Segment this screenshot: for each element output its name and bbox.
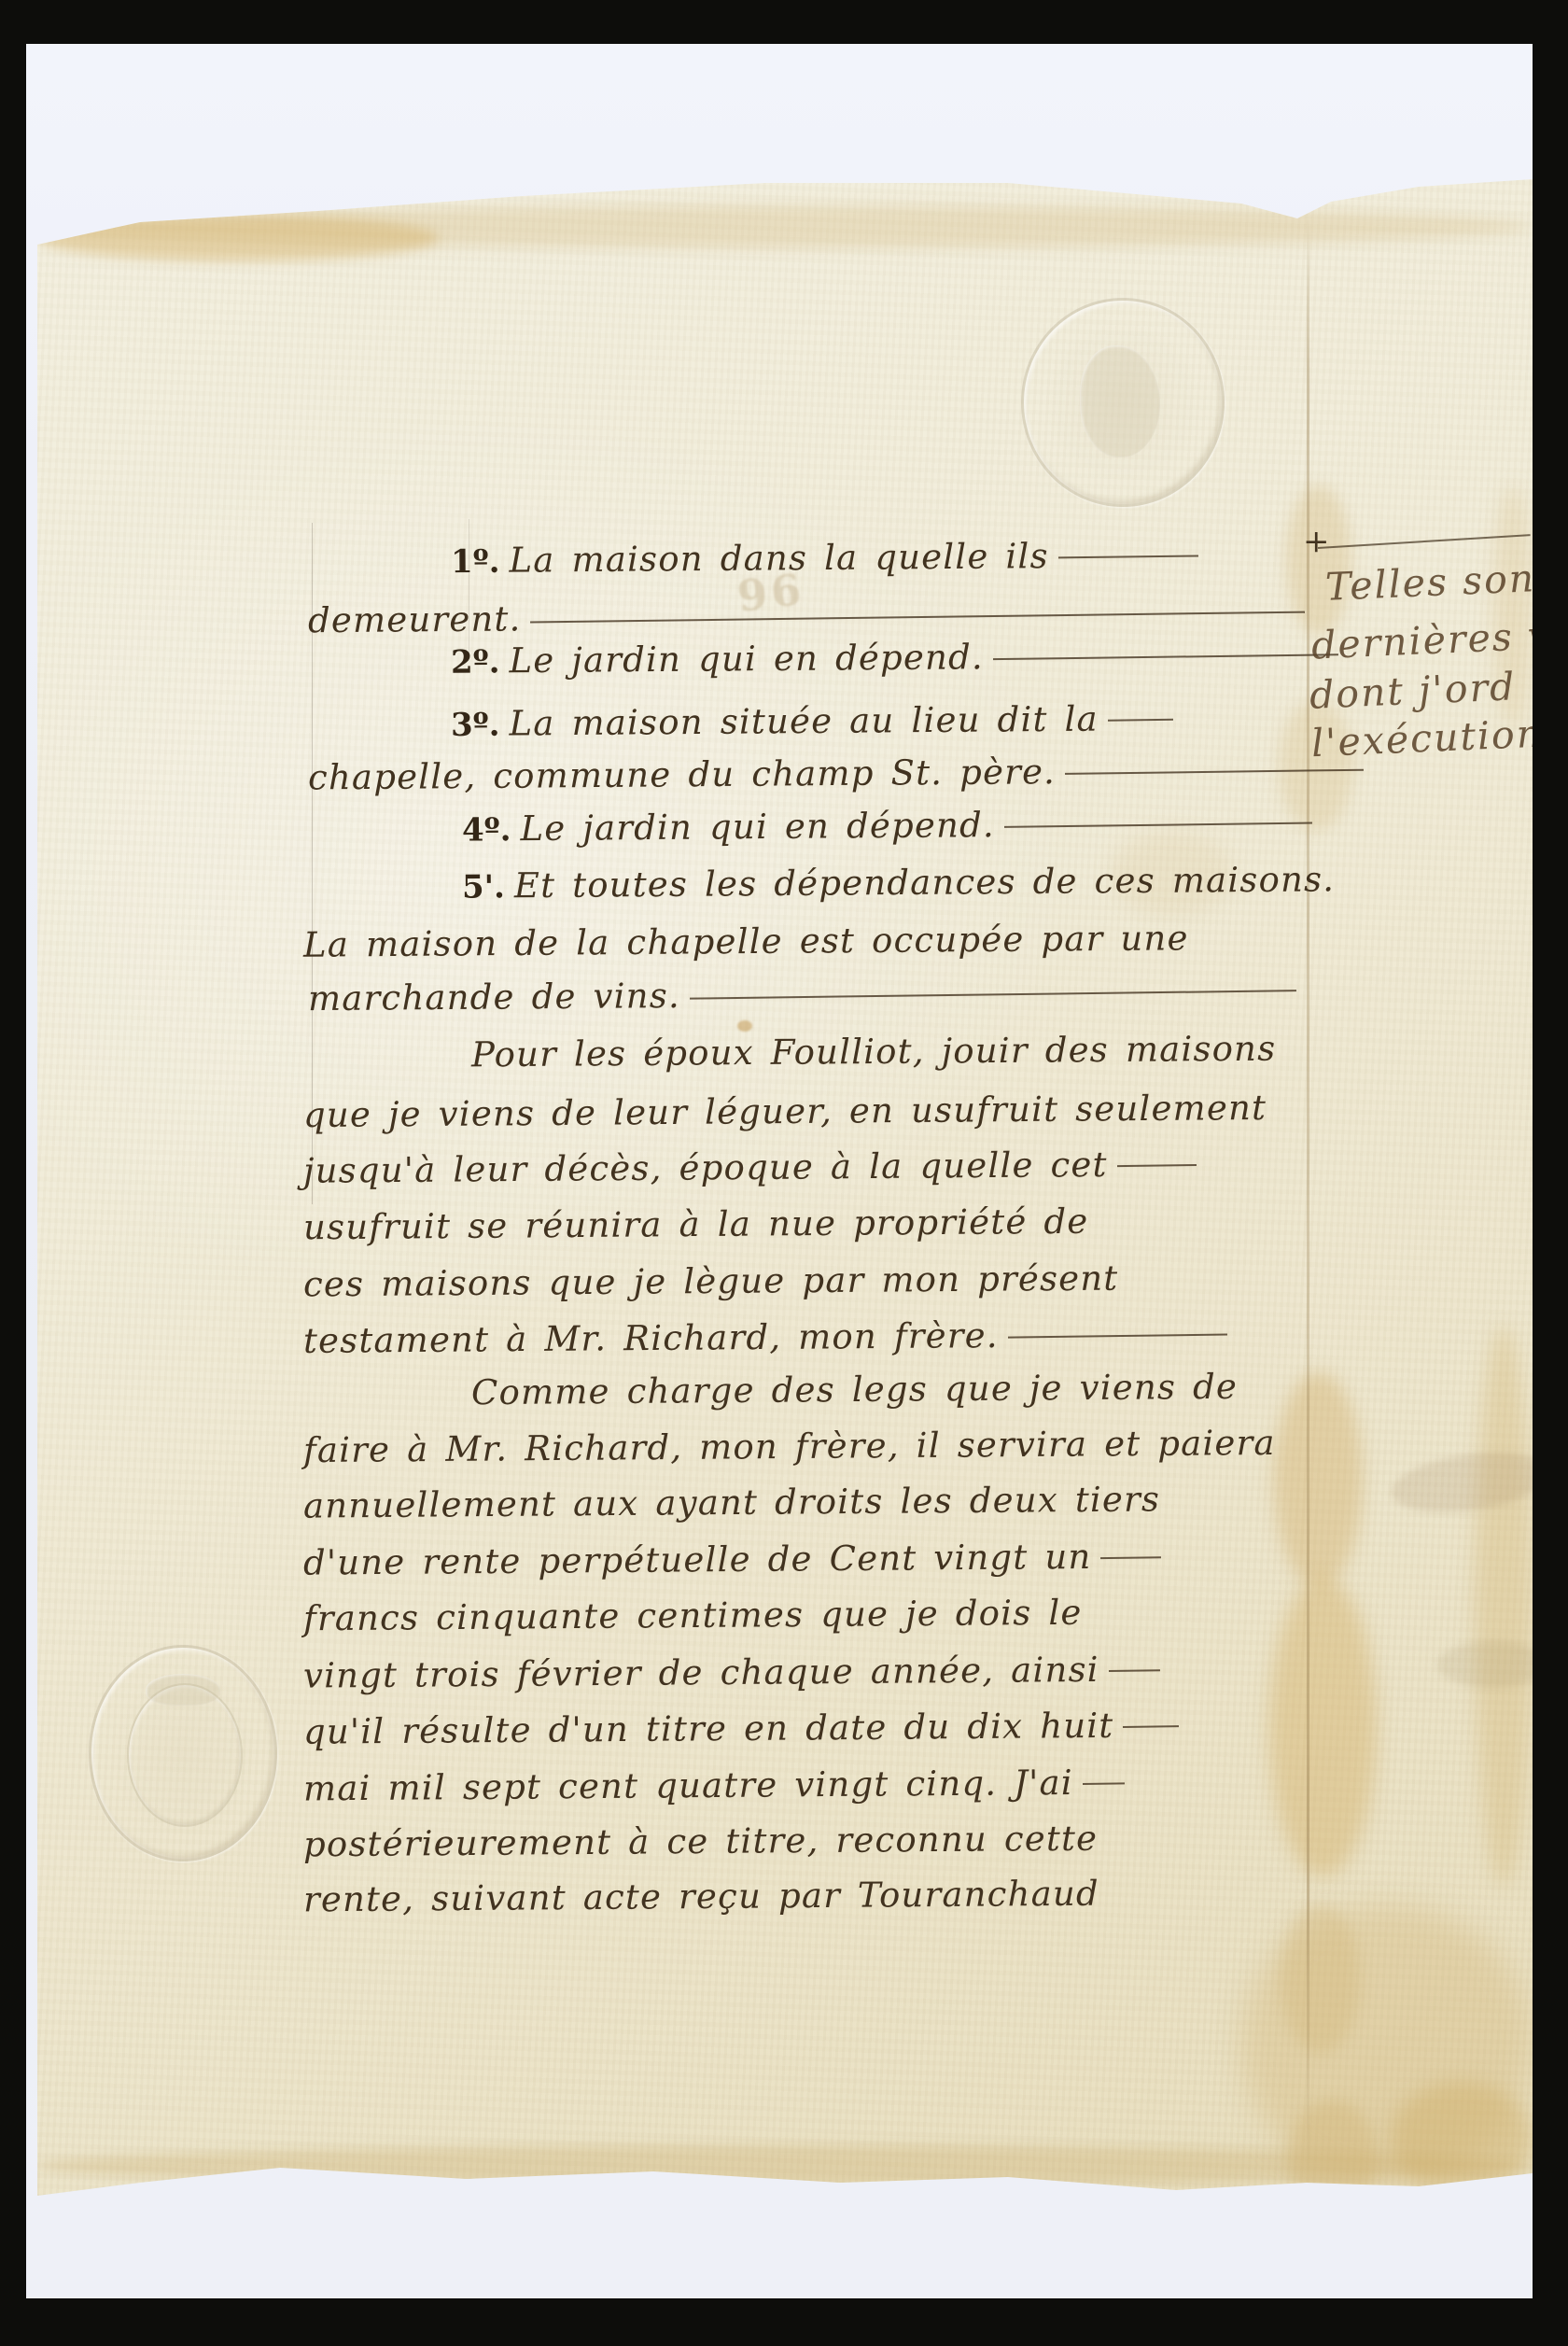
line-text: Le jardin qui en dépend.	[520, 805, 995, 849]
margin-note-line: Telles son	[1324, 555, 1533, 610]
line-text: Le jardin qui en dépend.	[509, 637, 984, 681]
hand-drawn-rule	[1008, 1333, 1227, 1338]
margin-note-line: l'exécution e	[1310, 709, 1533, 766]
manuscript-line: jusqu'à leur décès, époque à la quelle c…	[303, 1143, 1197, 1193]
line-text: que je viens de leur léguer, en usufruit…	[303, 1088, 1267, 1135]
hand-drawn-rule	[690, 990, 1296, 1000]
line-text: mai mil sept cent quatre vingt cinq. J'a…	[303, 1763, 1073, 1808]
hand-drawn-rule	[993, 653, 1338, 660]
manuscript-line: faire à Mr. Richard, mon frère, il servi…	[303, 1422, 1276, 1472]
manuscript-line: que je viens de leur léguer, en usufruit…	[303, 1087, 1267, 1137]
hand-drawn-rule	[1100, 1556, 1161, 1559]
line-text: Comme charge des legs que je viens de	[471, 1367, 1238, 1412]
manuscript-line: d'une rente perpétuelle de Cent vingt un	[303, 1535, 1162, 1584]
line-text: annuellement aux ayant droits les deux t…	[303, 1479, 1160, 1525]
hand-drawn-rule	[1108, 719, 1173, 722]
manuscript-line: rente, suivant acte reçu par Touranchaud	[303, 1873, 1099, 1922]
line-text: La maison de la chapelle est occupée par…	[303, 918, 1189, 964]
manuscript-line: 3º.La maison située au lieu dit la	[451, 697, 1173, 747]
manuscript-line: marchande de vins.	[308, 970, 1296, 1020]
line-text: postérieurement à ce titre, reconnu cett…	[303, 1819, 1098, 1865]
manuscript-line: testament à Mr. Richard, mon frère.	[303, 1313, 1227, 1363]
line-text: qu'il résulte d'un titre en date du dix …	[303, 1706, 1114, 1752]
manuscript-line: annuellement aux ayant droits les deux t…	[303, 1478, 1160, 1527]
hand-drawn-rule	[1083, 1782, 1125, 1785]
hand-drawn-rule	[1004, 822, 1312, 828]
item-ordinal: 5'.	[462, 868, 505, 906]
line-text: marchande de vins.	[308, 976, 680, 1018]
line-text: vingt trois février de chaque année, ain…	[303, 1650, 1099, 1696]
manuscript-line: francs cinquante centimes que je dois le	[303, 1592, 1083, 1641]
manuscript-line: 1º.La maison dans la quelle ils	[451, 534, 1198, 583]
handwriting-layer: 96 1º.La maison dans la quelle ilsdemeur…	[0, 0, 1533, 2346]
manuscript-line: usufruit se réunira à la nue propriété d…	[303, 1201, 1089, 1250]
line-text: ces maisons que je lègue par mon présent	[303, 1258, 1119, 1305]
manuscript-line: mai mil sept cent quatre vingt cinq. J'a…	[303, 1762, 1125, 1811]
item-ordinal: 4º.	[462, 811, 511, 849]
line-text: testament à Mr. Richard, mon frère.	[303, 1315, 999, 1361]
hand-drawn-rule	[1058, 555, 1198, 558]
manuscript-line: La maison de la chapelle est occupée par…	[303, 917, 1189, 966]
line-text: jusqu'à leur décès, époque à la quelle c…	[303, 1145, 1108, 1191]
manuscript-line: ces maisons que je lègue par mon présent	[303, 1257, 1119, 1307]
margin-note-line: dernières v	[1310, 612, 1533, 667]
hand-drawn-rule	[1117, 1164, 1197, 1167]
line-text: Pour les époux Foulliot, jouir des maiso…	[471, 1029, 1277, 1075]
margin-top-rule	[1318, 534, 1531, 549]
line-text: faire à Mr. Richard, mon frère, il servi…	[303, 1423, 1276, 1470]
scanned-document: 96 1º.La maison dans la quelle ilsdemeur…	[0, 0, 1568, 2346]
manuscript-line: vingt trois février de chaque année, ain…	[303, 1648, 1160, 1697]
manuscript-line: Pour les époux Foulliot, jouir des maiso…	[471, 1028, 1277, 1077]
line-text: d'une rente perpétuelle de Cent vingt un	[303, 1537, 1092, 1583]
hand-drawn-rule	[1123, 1725, 1179, 1728]
line-text: chapelle, commune du champ St. père.	[308, 752, 1056, 797]
manuscript-line: 2º.Le jardin qui en dépend.	[451, 633, 1338, 683]
margin-cross-marker: +	[1303, 523, 1330, 560]
line-text: usufruit se réunira à la nue propriété d…	[303, 1201, 1089, 1248]
manuscript-line: postérieurement à ce titre, reconnu cett…	[303, 1818, 1098, 1867]
item-ordinal: 1º.	[451, 543, 500, 581]
line-text: rente, suivant acte reçu par Touranchaud	[303, 1874, 1099, 1920]
manuscript-line: qu'il résulte d'un titre en date du dix …	[303, 1704, 1180, 1753]
manuscript-line: 5'.Et toutes les dépendances de ces mais…	[462, 858, 1336, 908]
hand-drawn-rule	[530, 611, 1305, 624]
item-ordinal: 2º.	[451, 643, 500, 681]
line-text: La maison située au lieu dit la	[509, 699, 1099, 744]
hand-drawn-rule	[1109, 1669, 1160, 1672]
manuscript-line: 4º.Le jardin qui en dépend.	[462, 801, 1312, 851]
margin-note-line: dont j'ord	[1309, 664, 1517, 718]
manuscript-line: Comme charge des legs que je viens de	[471, 1366, 1238, 1414]
item-ordinal: 3º.	[451, 707, 500, 744]
line-text: La maison dans la quelle ils	[509, 536, 1049, 581]
line-text: Et toutes les dépendances de ces maisons…	[514, 859, 1336, 906]
line-text: demeurent.	[308, 598, 522, 640]
manuscript-line: chapelle, commune du champ St. père.	[308, 749, 1364, 800]
line-text: francs cinquante centimes que je dois le	[303, 1593, 1083, 1639]
hand-drawn-rule	[1065, 769, 1364, 775]
